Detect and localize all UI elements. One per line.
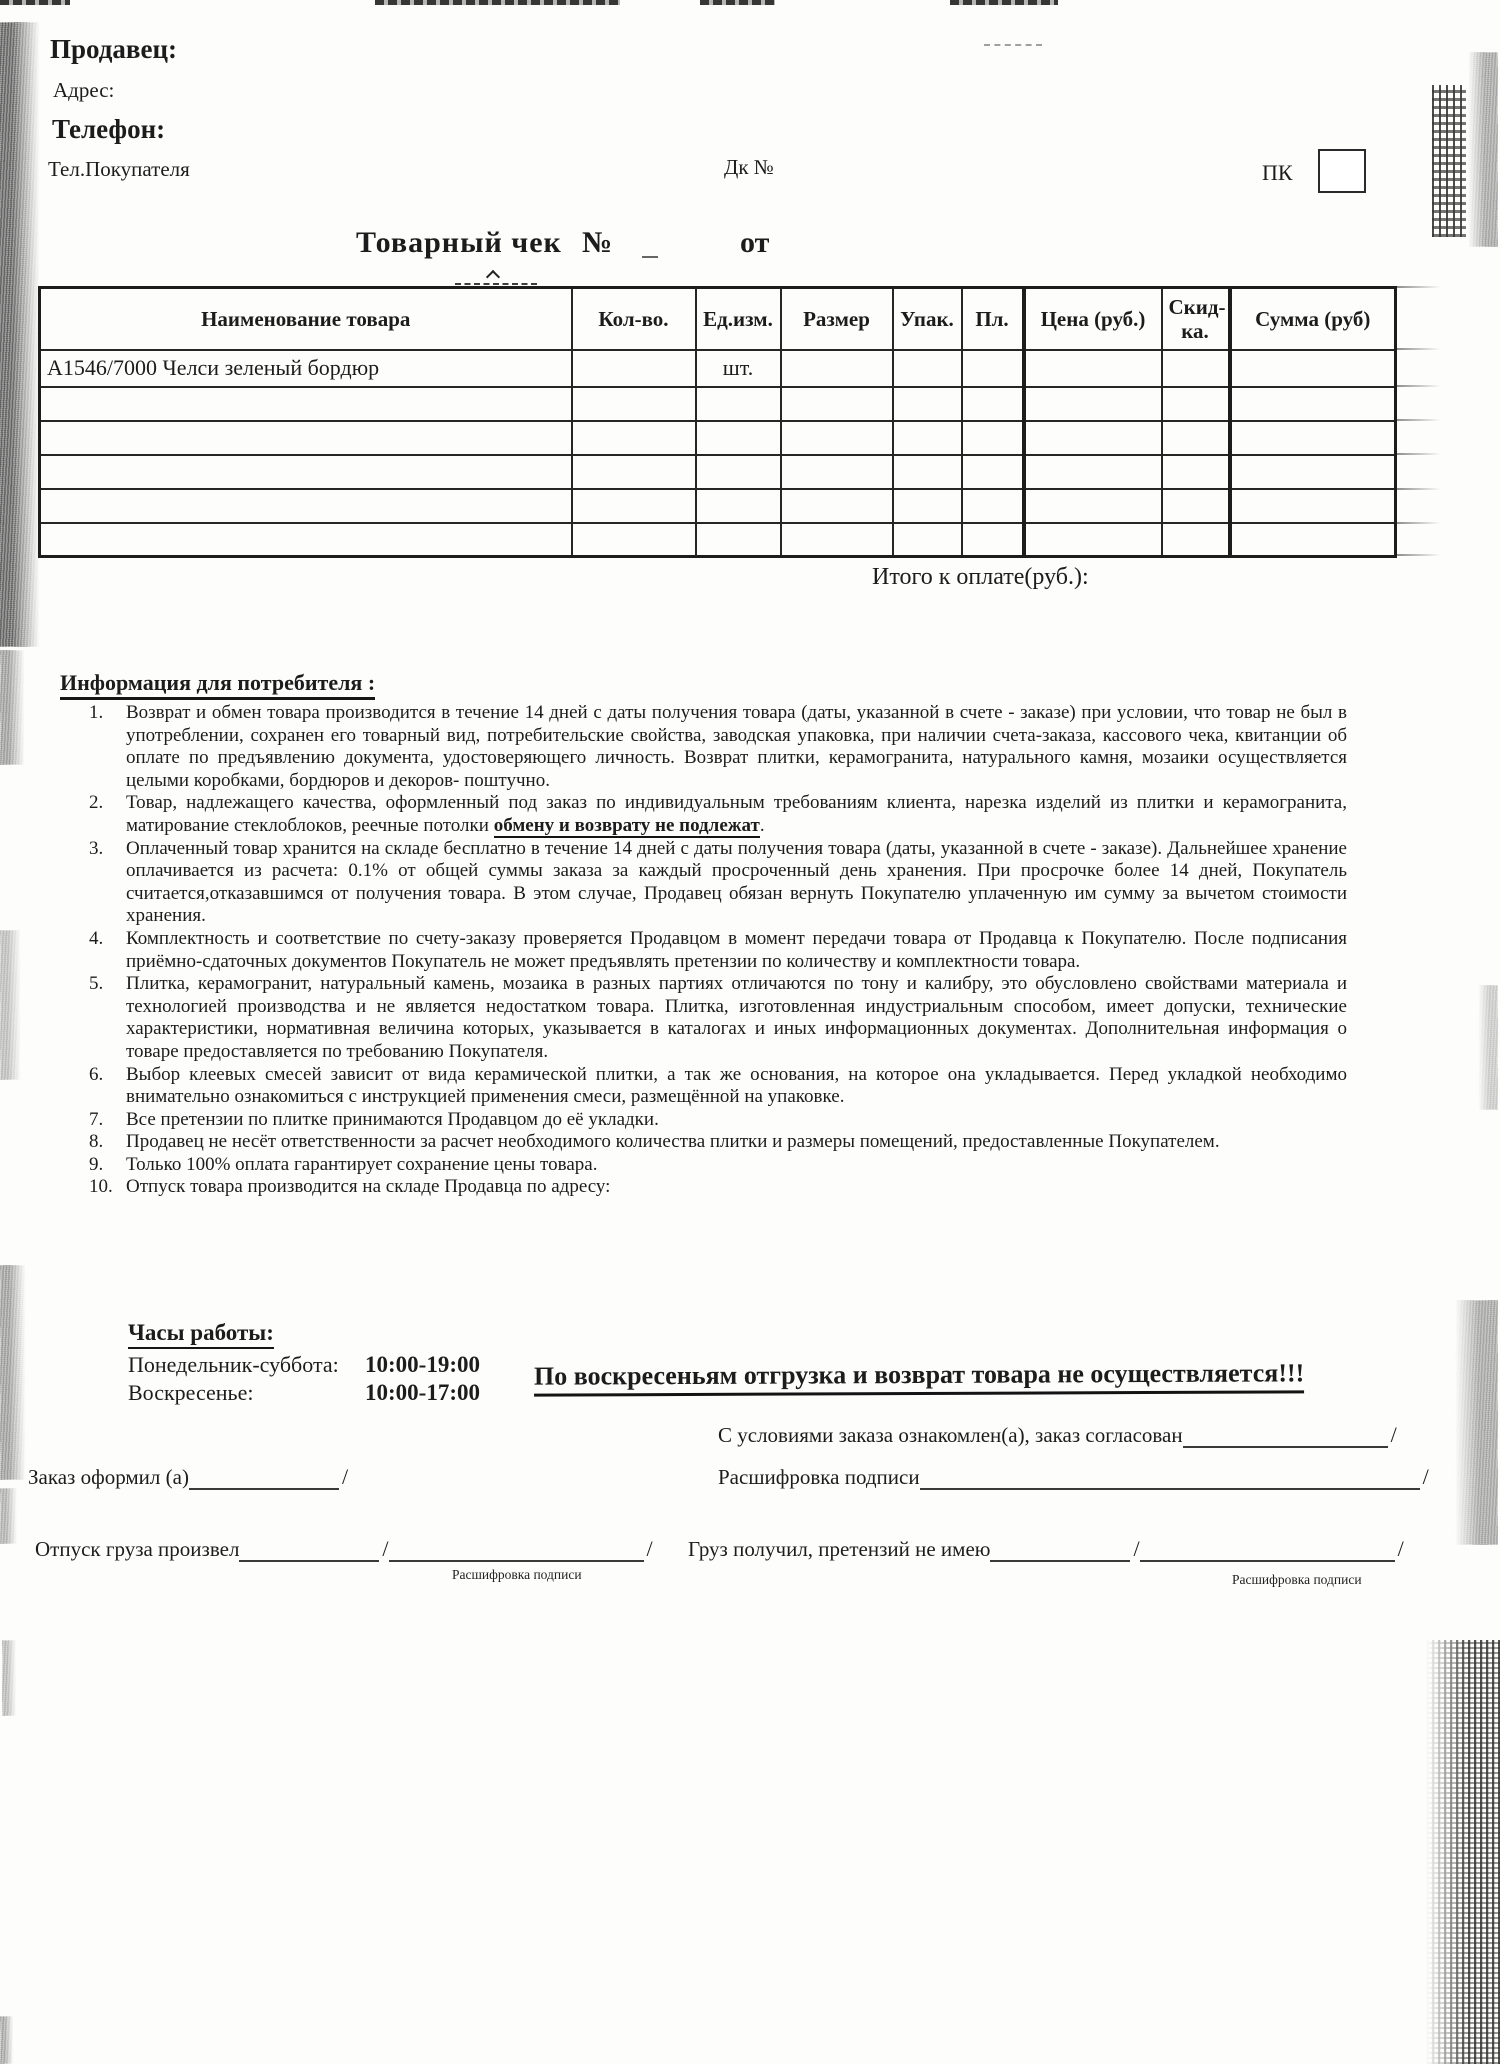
scan-noise-right <box>1455 1300 1498 1545</box>
col-header-unit: Ед.изм. <box>696 288 781 350</box>
col-header-pack: Упак. <box>893 288 962 350</box>
received-label: Груз получил, претензий не имею <box>688 1537 990 1562</box>
seller-label: Продавец: <box>50 34 177 65</box>
scan-edge-artifact <box>950 0 1058 5</box>
item-sum-cell <box>1230 350 1396 387</box>
item-name-cell: А1546/7000 Челси зеленый бордюр <box>40 350 572 387</box>
goods-table: Наименование товара Кол-во. Ед.изм. Разм… <box>38 286 1397 558</box>
consumer-info-heading: Информация для потребителя : <box>60 670 375 700</box>
table-header-row: Наименование товара Кол-во. Ед.изм. Разм… <box>40 288 1396 350</box>
info-item-10: 10. Отпуск товара производится на складе… <box>62 1176 1347 1199</box>
pk-checkbox <box>1318 149 1366 193</box>
col-header-size: Размер <box>781 288 893 350</box>
scan-edge-artifact <box>375 0 620 5</box>
sunday-hours-value: 10:00-17:00 <box>365 1380 480 1406</box>
item-pl-cell <box>962 350 1024 387</box>
signature-decode-label: Расшифровка подписи <box>718 1465 920 1490</box>
order-made-label: Заказ оформил (а) <box>28 1465 189 1490</box>
scan-dash-artifact <box>642 256 658 258</box>
info-item-7: 7. Все претензии по плитке принимаются П… <box>62 1109 1347 1132</box>
item-size-cell <box>781 350 893 387</box>
dk-number-label: Дк № <box>724 155 774 180</box>
signature-decode-caption: Расшифровка подписи <box>1232 1572 1362 1588</box>
receipt-number-sign: № <box>582 226 612 260</box>
info-item-1: 1. Возврат и обмен товара производится в… <box>62 702 1347 792</box>
scan-dash-artifact <box>984 44 1042 46</box>
received-row: Груз получил, претензий не имею / / <box>688 1536 1404 1562</box>
sunday-no-shipping-notice: По воскресеньям отгрузка и возврат товар… <box>534 1358 1304 1396</box>
receipt-title: Товарный чек <box>356 226 562 260</box>
info-item-2: 2. Товар, надлежащего качества, оформлен… <box>62 792 1347 837</box>
item-price-cell <box>1024 350 1162 387</box>
col-header-qty: Кол-во. <box>572 288 696 350</box>
weekdays-label: Понедельник-суббота: <box>128 1352 365 1378</box>
scan-noise-left <box>0 930 22 1080</box>
info-item-5: 5. Плитка, керамогранит, натуральный кам… <box>62 973 1347 1063</box>
scan-noise-left <box>0 650 26 765</box>
info-item-6: 6. Выбор клеевых смесей зависит от вида … <box>62 1064 1347 1109</box>
scan-noise-left <box>2 1640 17 1716</box>
signature-decode-row: Расшифровка подписи / <box>718 1464 1429 1490</box>
signature-line <box>990 1540 1130 1562</box>
item-unit-cell: шт. <box>696 350 781 387</box>
scan-noise-right <box>1468 52 1498 247</box>
col-header-item-name: Наименование товара <box>40 288 572 350</box>
signature-decode-caption: Расшифровка подписи <box>452 1567 582 1583</box>
item-discount-cell <box>1162 350 1230 387</box>
signature-line <box>920 1468 1420 1490</box>
col-header-pl: Пл. <box>962 288 1024 350</box>
empty-row <box>40 387 1396 421</box>
scan-line-bleed <box>1397 286 1443 558</box>
sunday-label: Воскресенье: <box>128 1380 365 1406</box>
weekdays-hours-row: Понедельник-суббота: 10:00-19:00 <box>128 1352 480 1378</box>
phone-label: Телефон: <box>52 114 165 145</box>
scan-noise-left <box>0 1488 18 1544</box>
scan-noise-left <box>0 22 42 647</box>
address-label: Адрес: <box>53 78 114 103</box>
item-row: А1546/7000 Челси зеленый бордюр шт. <box>40 350 1396 387</box>
empty-row <box>40 455 1396 489</box>
total-due-label: Итого к оплате(руб.): <box>872 564 1089 591</box>
empty-row <box>40 489 1396 523</box>
weekdays-hours-value: 10:00-19:00 <box>365 1352 480 1378</box>
consumer-info-list: 1. Возврат и обмен товара производится в… <box>62 702 1347 1199</box>
col-header-price: Цена (руб.) <box>1024 288 1162 350</box>
scan-edge-artifact <box>0 0 70 5</box>
shipment-label: Отпуск груза произвел <box>35 1537 239 1562</box>
work-hours-heading: Часы работы: <box>128 1320 274 1349</box>
scan-noise-right <box>1478 985 1498 1110</box>
scan-noise-right <box>1432 85 1466 237</box>
empty-row <box>40 523 1396 557</box>
pk-label: ПК <box>1262 160 1293 186</box>
buyer-phone-label: Тел.Покупателя <box>48 157 190 182</box>
scan-noise-left <box>0 1265 27 1480</box>
scan-edge-artifact <box>700 0 775 5</box>
info-item-8: 8. Продавец не несёт ответственности за … <box>62 1131 1347 1154</box>
info-item-4: 4. Комплектность и соответствие по счету… <box>62 928 1347 973</box>
order-made-row: Заказ оформил (а) / <box>28 1464 348 1490</box>
item-pack-cell <box>893 350 962 387</box>
info-item-3: 3. Оплаченный товар хранится на складе б… <box>62 838 1347 928</box>
col-header-discount: Скид-ка. <box>1162 288 1230 350</box>
empty-row <box>40 421 1396 455</box>
sunday-hours-row: Воскресенье: 10:00-17:00 <box>128 1380 480 1406</box>
signature-line <box>239 1540 379 1562</box>
scanned-receipt-page: Продавец: Адрес: Телефон: Тел.Покупателя… <box>0 0 1500 2064</box>
signature-line <box>1140 1540 1395 1562</box>
pen-mark-artifact <box>455 283 537 285</box>
signature-line <box>189 1468 339 1490</box>
agreement-row: С условиями заказа ознакомлен(а), заказ … <box>718 1422 1397 1448</box>
shipment-row: Отпуск груза произвел / / <box>35 1536 653 1562</box>
receipt-from-label: от <box>740 226 769 260</box>
signature-line <box>389 1540 644 1562</box>
scan-noise-right <box>1426 1640 1500 2064</box>
no-return-emphasis: обмену и возврату не подлежат <box>494 815 760 838</box>
signature-line <box>1183 1426 1388 1448</box>
info-item-9: 9. Только 100% оплата гарантирует сохран… <box>62 1154 1347 1177</box>
col-header-sum: Сумма (руб) <box>1230 288 1396 350</box>
item-qty-cell <box>572 350 696 387</box>
pen-caret-artifact <box>486 270 500 284</box>
scan-noise-left <box>0 2016 14 2064</box>
agreement-label: С условиями заказа ознакомлен(а), заказ … <box>718 1423 1183 1448</box>
